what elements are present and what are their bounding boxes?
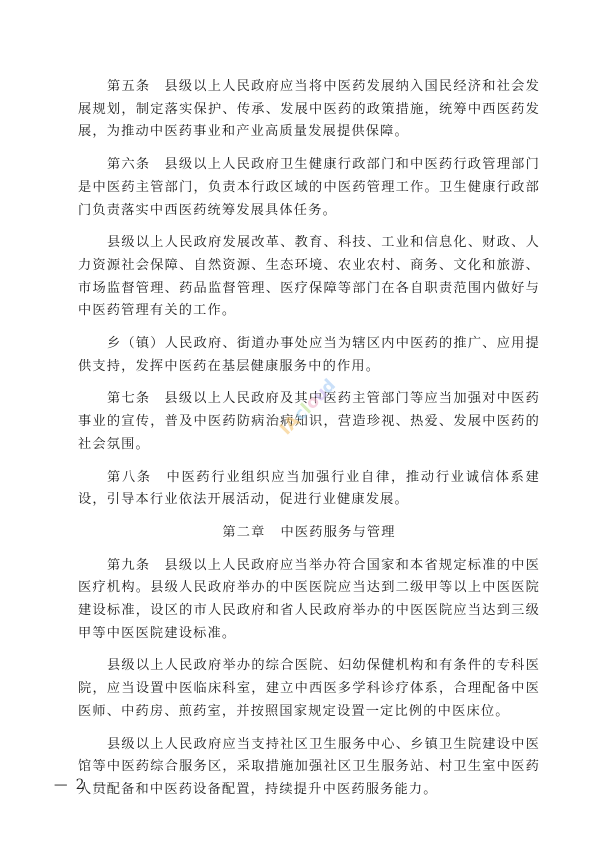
article-9: 第九条县级以上人民政府应当举办符合国家和本省规定标准的中医医疗机构。县级人民政府…	[78, 555, 540, 646]
paragraph-text: 乡（镇）人民政府、街道办事处应当为辖区内中医药的推广、应用提供支持，发挥中医药在…	[78, 336, 540, 374]
document-page: 第五条县级以上人民政府应当将中医药发展纳入国民经济和社会发展规划，制定落实保护、…	[0, 0, 595, 841]
paragraph-text: 县级以上人民政府应当支持社区卫生服务中心、乡镇卫生院建设中医馆等中医药综合服务区…	[78, 737, 540, 797]
paragraph-text: 县级以上人民政府举办的综合医院、妇幼保健机构和有条件的专科医院，应当设置中医临床…	[78, 658, 540, 718]
paragraph-general-hospitals: 县级以上人民政府举办的综合医院、妇幼保健机构和有条件的专科医院，应当设置中医临床…	[78, 655, 540, 723]
article-7: 第七条县级以上人民政府及其中医药主管部门等应当加强对中医药事业的宣传，普及中医药…	[78, 388, 540, 456]
article-number: 第五条	[107, 79, 150, 94]
chapter-heading: 第二章中医药服务与管理	[78, 522, 540, 545]
article-number: 第七条	[107, 391, 150, 406]
chapter-title: 中医药服务与管理	[281, 525, 396, 540]
article-number: 第八条	[107, 470, 152, 485]
page-number: — 2 —	[54, 777, 108, 793]
article-5: 第五条县级以上人民政府应当将中医药发展纳入国民经济和社会发展规划，制定落实保护、…	[78, 76, 540, 144]
article-number: 第六条	[107, 157, 150, 172]
chapter-number: 第二章	[222, 525, 265, 540]
document-body: 第五条县级以上人民政府应当将中医药发展纳入国民经济和社会发展规划，制定落实保护、…	[78, 76, 540, 812]
paragraph-text: 县级以上人民政府发展改革、教育、科技、工业和信息化、财政、人力资源社会保障、自然…	[78, 235, 540, 318]
article-6: 第六条县级以上人民政府卫生健康行政部门和中医药行政管理部门是中医药主管部门，负责…	[78, 154, 540, 222]
article-8: 第八条中医药行业组织应当加强行业自律，推动行业诚信体系建设，引导本行业依法开展活…	[78, 467, 540, 512]
paragraph-community-health: 县级以上人民政府应当支持社区卫生服务中心、乡镇卫生院建设中医馆等中医药综合服务区…	[78, 734, 540, 802]
article-number: 第九条	[107, 558, 150, 573]
paragraph-township: 乡（镇）人民政府、街道办事处应当为辖区内中医药的推广、应用提供支持，发挥中医药在…	[78, 333, 540, 378]
paragraph-departments: 县级以上人民政府发展改革、教育、科技、工业和信息化、财政、人力资源社会保障、自然…	[78, 232, 540, 323]
